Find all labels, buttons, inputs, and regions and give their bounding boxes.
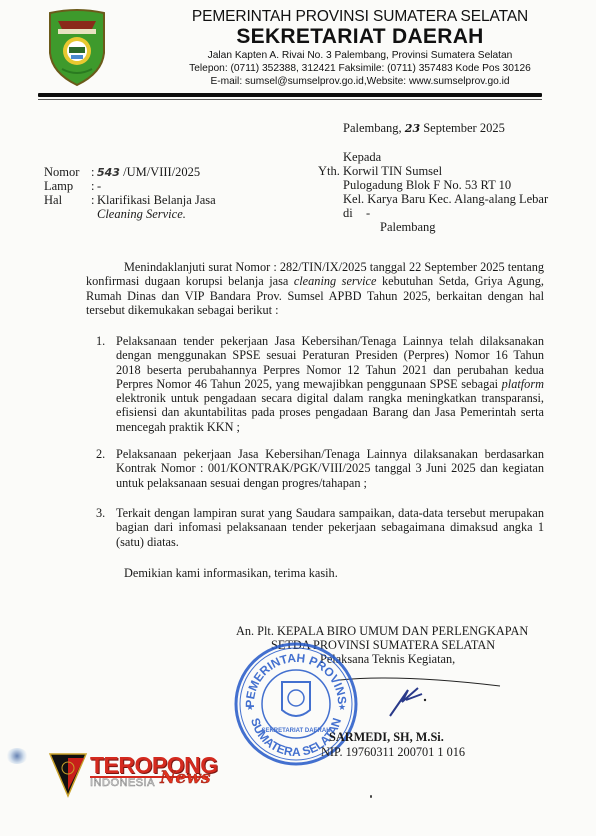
letterhead-office: SEKRETARIAT DAERAH	[160, 25, 560, 49]
lamp-label: Lamp	[44, 179, 73, 194]
provincial-crest-icon	[44, 7, 110, 87]
hal-colon: :	[91, 193, 94, 208]
lamp-value: -	[97, 179, 101, 194]
letterhead-contact: E-mail: sumsel@sumselprov.go.id,Website:…	[140, 76, 580, 87]
list-number-1: 1.	[96, 334, 105, 348]
date-month-year: September 2025	[423, 121, 505, 135]
date-day: 23	[405, 122, 420, 135]
recipient-dash: -	[366, 206, 370, 221]
svg-text:★: ★	[246, 702, 254, 712]
item-1-text-b: elektronik untuk pengadaan secara digita…	[116, 391, 544, 434]
nomor-handwritten: 543	[97, 166, 120, 179]
recipient-di: di	[343, 206, 353, 221]
svg-text:PEMERINTAH PROVINSI: PEMERINTAH PROVINSI	[232, 640, 349, 708]
letterhead-address: Jalan Kapten A. Rivai No. 3 Palembang, P…	[140, 50, 580, 61]
signatory-name: SARMEDI, SH, M.Si.	[329, 730, 444, 745]
letterhead-government: PEMERINTAH PROVINSI SUMATERA SELATAN	[160, 8, 560, 26]
nomor-value: 543 /UM/VIII/2025	[97, 165, 200, 181]
date-city: Palembang,	[343, 121, 402, 135]
hal-value: Klarifikasi Belanja Jasa	[97, 193, 216, 208]
recipient-kepada: Kepada	[343, 150, 381, 165]
letterhead-phone: Telepon: (0711) 352388, 312421 Faksimile…	[140, 63, 580, 74]
hal-label: Hal	[44, 193, 62, 208]
svg-text:★: ★	[338, 702, 346, 712]
signatory-nip: NIP. 19760311 200701 1 016	[321, 745, 465, 760]
recipient-address-1: Pulogadung Blok F No. 53 RT 10	[343, 178, 511, 193]
ink-smudge	[6, 748, 28, 764]
recipient-city: Palembang	[380, 220, 436, 235]
list-item-1: Pelaksanaan tender pekerjaan Jasa Kebers…	[116, 334, 544, 434]
signatory-title-1: An. Plt. KEPALA BIRO UMUM DAN PERLENGKAP…	[236, 624, 528, 639]
item-1-text-a: Pelaksanaan tender pekerjaan Jasa Kebers…	[116, 334, 544, 391]
list-number-2: 2.	[96, 447, 105, 461]
recipient-yth: Yth.	[318, 164, 340, 179]
letterhead-divider-thin	[38, 99, 542, 100]
nomor-suffix: /UM/VIII/2025	[123, 165, 200, 179]
recipient-name: Korwil TIN Sumsel	[343, 164, 442, 179]
item-1-text-italic: platform	[502, 377, 544, 391]
watermark-subtitle: INDONESIA	[90, 777, 155, 789]
speck	[370, 795, 372, 798]
nomor-colon: :	[91, 165, 94, 180]
hal-value-2: Cleaning Service.	[97, 207, 186, 222]
list-number-3: 3.	[96, 506, 105, 520]
watermark-news: News	[160, 768, 211, 788]
list-item-2: Pelaksanaan pekerjaan Jasa Kebersihan/Te…	[116, 447, 544, 490]
letter-date: Palembang, 23 September 2025	[343, 121, 505, 136]
closing-remark: Demikian kami informasikan, terima kasih…	[124, 566, 338, 581]
teropong-badge-icon	[48, 750, 88, 798]
list-item-3: Terkait dengan lampiran surat yang Sauda…	[116, 506, 544, 549]
letterhead-divider	[38, 93, 542, 97]
lamp-colon: :	[91, 179, 94, 194]
intro-text-italic: cleaning service	[294, 274, 377, 288]
nomor-label: Nomor	[44, 165, 79, 180]
recipient-address-2: Kel. Karya Baru Kec. Alang-alang Lebar	[343, 192, 548, 207]
intro-paragraph: Menindaklanjuti surat Nomor : 282/TIN/IX…	[86, 260, 544, 317]
svg-text:SEKRETARIAT DAERAH: SEKRETARIAT DAERAH	[261, 728, 330, 734]
